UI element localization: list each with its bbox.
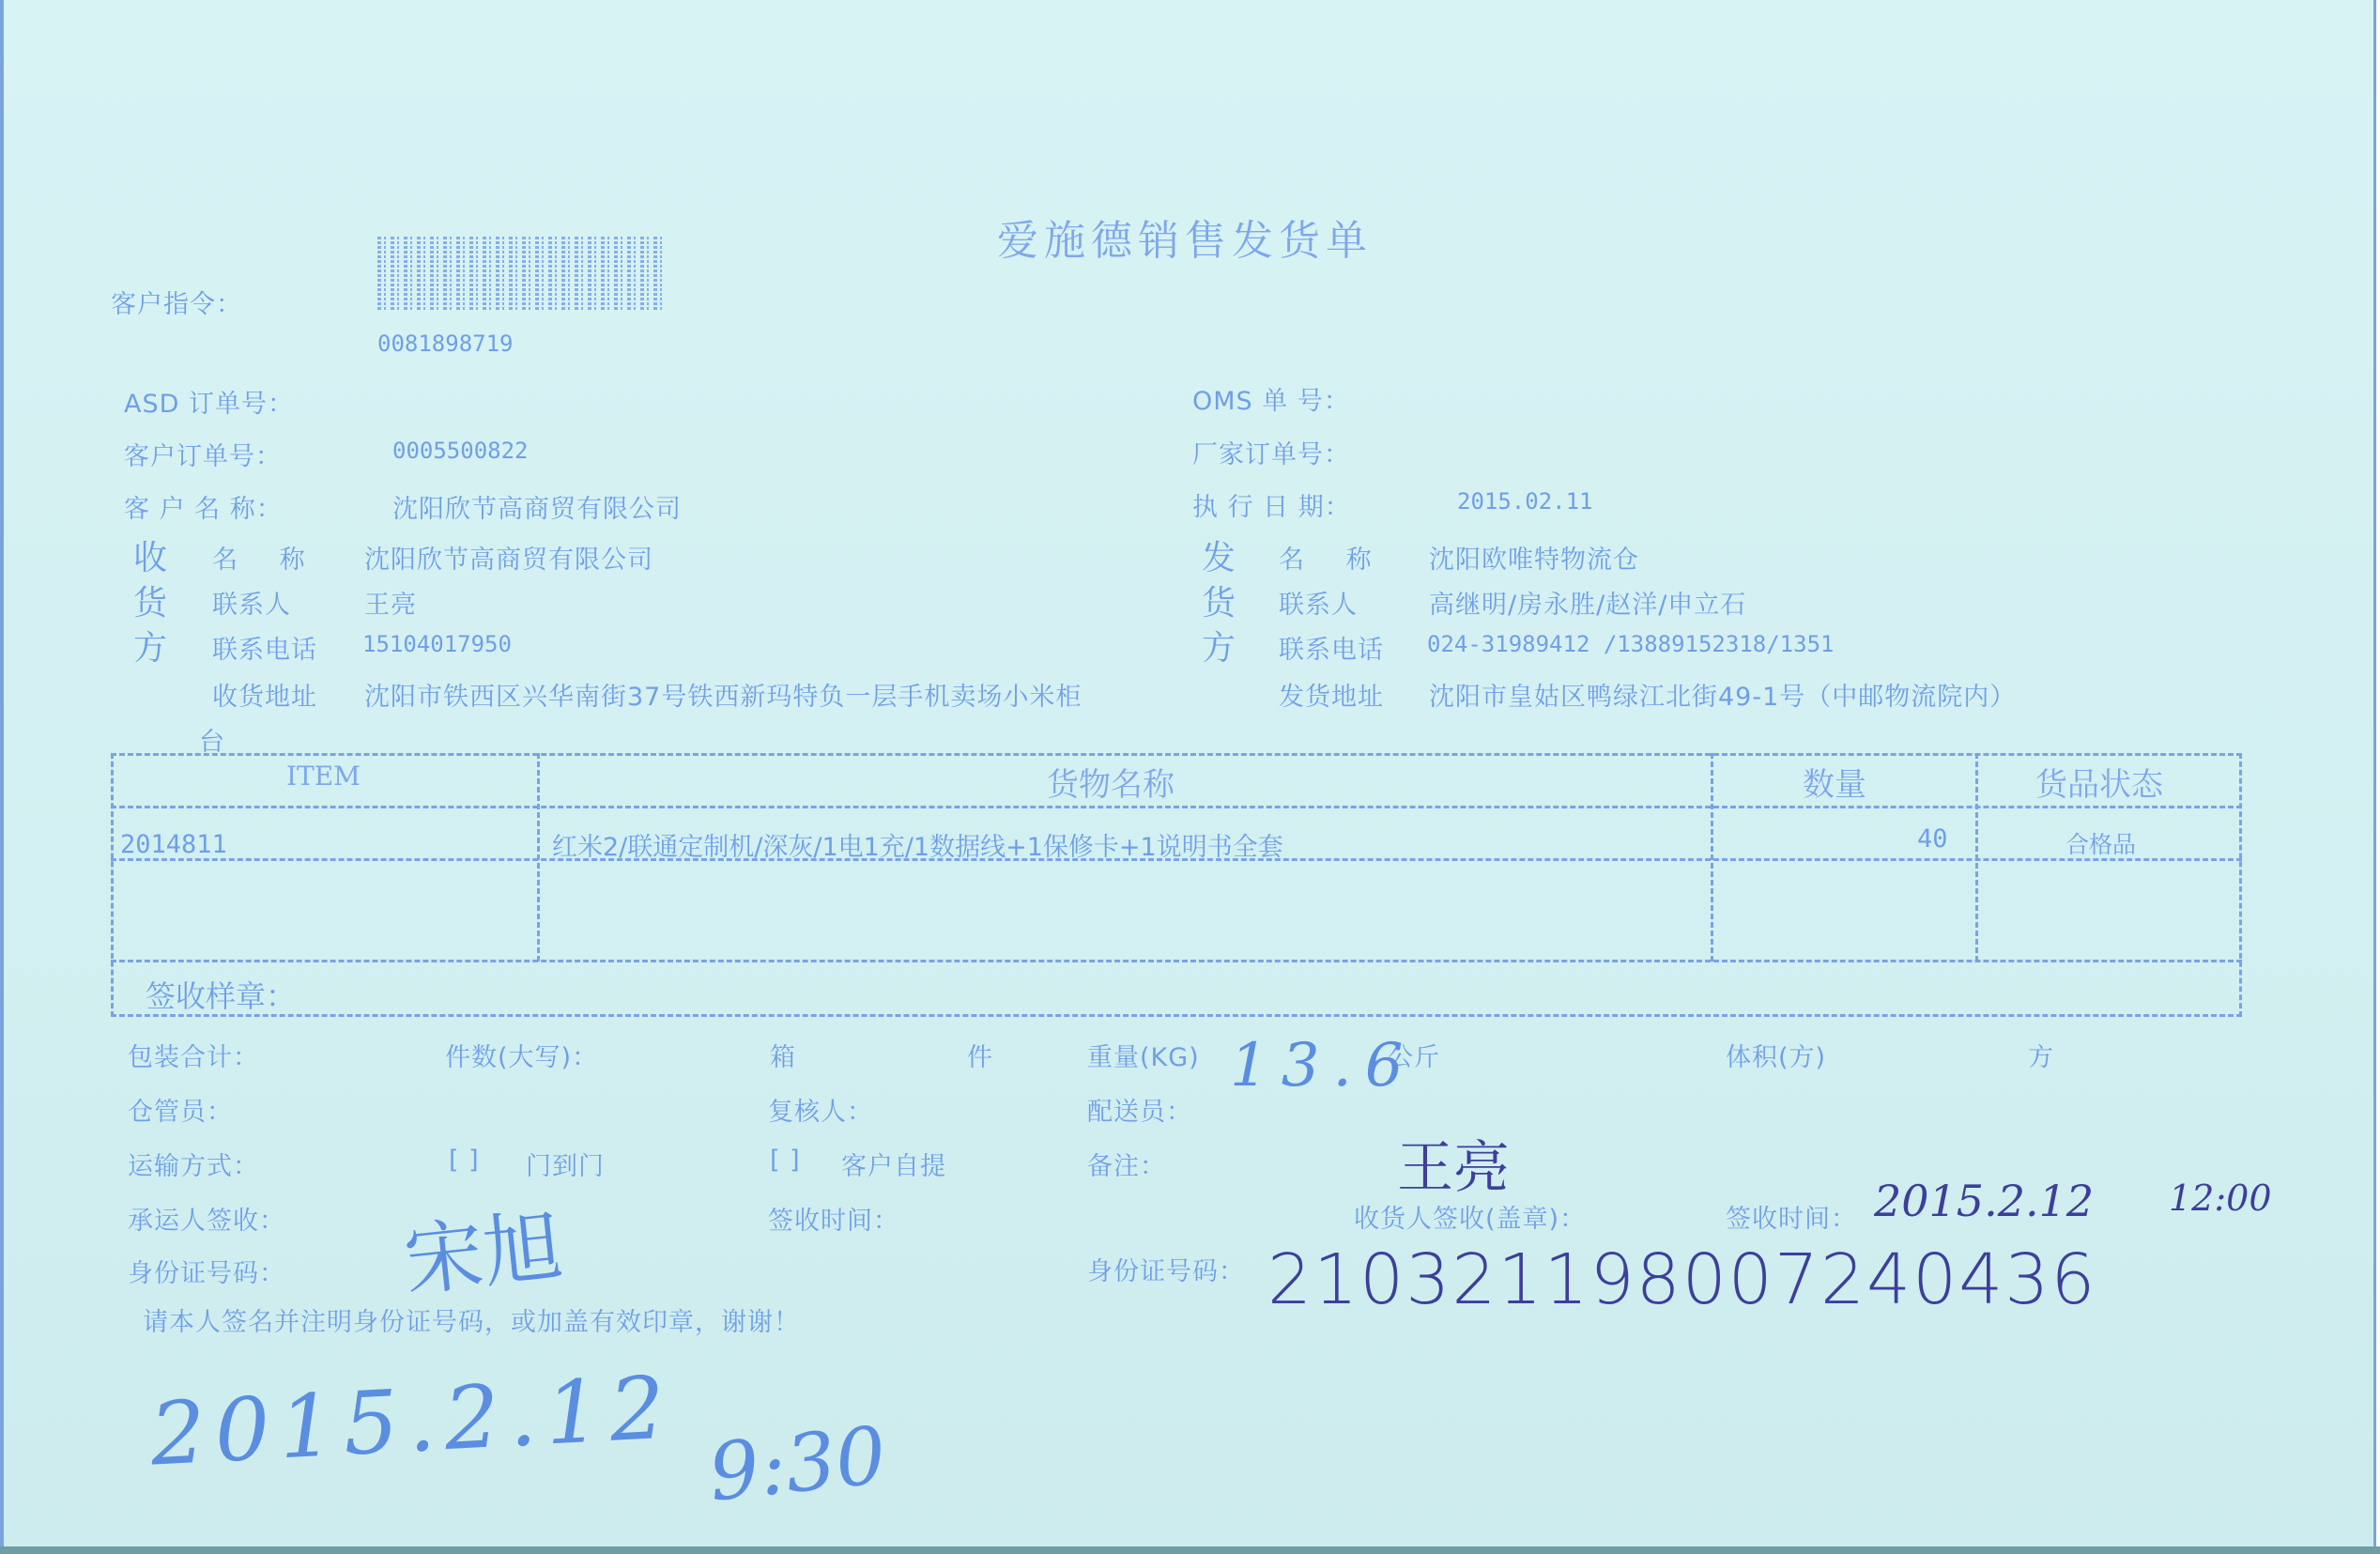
factory-order-label: 厂家订单号：	[1192, 434, 1350, 470]
carrier-id-label: 身份证号码：	[128, 1253, 285, 1289]
row-status: 合格品	[2065, 826, 2136, 860]
table-col-divider-1	[537, 753, 540, 962]
box-label: 箱	[770, 1037, 796, 1073]
sender-contact-value: 高继明/房永胜/赵洋/申立石	[1429, 584, 1746, 621]
handwritten-weight: 13.6	[1230, 1031, 1417, 1100]
customer-order-label: 客户订单号：	[124, 436, 282, 472]
exec-date-label: 执 行 日 期：	[1192, 486, 1351, 523]
receiver-phone-value: 15104017950	[362, 631, 512, 657]
row-item-code: 2014811	[120, 830, 227, 859]
sender-address-label: 发货地址	[1279, 676, 1384, 713]
weight-label: 重量(KG)	[1087, 1037, 1200, 1073]
receiver-address-label: 收货地址	[212, 676, 317, 713]
row-quantity: 40	[1917, 824, 1948, 854]
table-header-goods-name: 货物名称	[1047, 759, 1175, 805]
sender-address-value: 沈阳市皇姑区鸭绿江北街49-1号（中邮物流院内）	[1429, 676, 2016, 713]
table-body-bottom-border	[111, 960, 2242, 962]
receiver-address-line1: 沈阳市铁西区兴华南街37号铁西新玛特负一层手机卖场小米柜	[364, 676, 1082, 713]
receiver-name-label: 名 称	[212, 539, 322, 576]
self-pickup-label: 客户自提	[841, 1146, 946, 1182]
volume-label: 体积(方)	[1726, 1037, 1826, 1073]
transport-method-label: 运输方式：	[128, 1146, 259, 1182]
exec-date-value: 2015.02.11	[1457, 488, 1593, 515]
carrier-sign-label: 承运人签收：	[128, 1200, 285, 1237]
sender-name-value: 沈阳欧唯特物流仓	[1429, 539, 1639, 576]
table-left-border	[111, 753, 114, 1017]
door-to-door-label: 门到门	[526, 1146, 605, 1182]
handwritten-bottom-time: 9:30	[704, 1408, 890, 1518]
checker-label: 复核人：	[768, 1091, 873, 1128]
handwritten-receiver-id: 210321198007240436	[1267, 1239, 2096, 1320]
sender-name-label: 名 称	[1279, 539, 1389, 576]
handwritten-receiver-sign-clock: 12:00	[2169, 1177, 2272, 1219]
receiver-contact-value: 王亮	[364, 584, 417, 621]
sender-phone-label: 联系电话	[1279, 629, 1384, 666]
customer-instruction-label: 客户指令：	[111, 284, 242, 320]
barcode-number: 0081898719	[377, 331, 514, 357]
customer-order-value: 0005500822	[392, 438, 529, 464]
handwritten-receiver-sign-time: 2015.2.12	[1874, 1176, 2094, 1226]
remark-label: 备注：	[1087, 1146, 1166, 1182]
paper-right-edge	[2373, 0, 2380, 1554]
receiver-name-value: 沈阳欣节高商贸有限公司	[364, 539, 653, 576]
receiver-side-char-1: 收	[133, 531, 168, 579]
door-to-door-checkbox[interactable]: [ ]	[449, 1146, 480, 1175]
package-total-label: 包装合计：	[128, 1037, 259, 1073]
oms-order-label: OMS 单 号：	[1192, 380, 1350, 417]
delivery-person-label: 配送员：	[1087, 1091, 1192, 1128]
receiver-side-char-3: 方	[133, 622, 168, 669]
carrier-sign-time-label: 签收时间：	[768, 1200, 899, 1237]
table-col-divider-2	[1711, 753, 1713, 962]
paper-bottom-edge	[0, 1546, 2380, 1554]
handwritten-carrier-signature: 宋旭	[398, 1183, 567, 1313]
piece-label: 件	[967, 1037, 993, 1073]
sender-contact-label: 联系人	[1279, 584, 1358, 621]
document-title: 爱施德销售发货单	[997, 207, 1373, 267]
table-header-border	[111, 806, 2242, 808]
table-bottom-border	[111, 1014, 2242, 1017]
paper-left-edge	[0, 0, 4, 1554]
receiver-contact-label: 联系人	[212, 584, 291, 621]
barcode-icon	[377, 237, 664, 310]
sender-phone-value: 024-31989412 /13889152318/1351	[1427, 631, 1834, 657]
asd-order-label: ASD 订单号：	[124, 383, 294, 420]
sender-side-char-2: 货	[1202, 577, 1236, 624]
sender-side-char-3: 方	[1202, 622, 1236, 669]
self-pickup-checkbox[interactable]: [ ]	[770, 1146, 801, 1175]
table-header-quantity: 数量	[1803, 759, 1866, 805]
handwritten-receiver-name: 王亮	[1397, 1123, 1510, 1204]
receiver-id-label: 身份证号码：	[1087, 1251, 1245, 1287]
receiver-phone-label: 联系电话	[212, 629, 317, 666]
sender-side-char-1: 发	[1202, 531, 1236, 579]
table-col-divider-3	[1975, 753, 1978, 962]
signature-stamp-label: 签收样章：	[146, 973, 296, 1016]
table-right-border	[2239, 753, 2242, 1017]
signature-notice: 请本人签名并注明身份证号码，或加盖有效印章，谢谢！	[143, 1301, 800, 1338]
table-top-border	[111, 753, 2242, 756]
volume-unit: 方	[2028, 1037, 2054, 1073]
table-header-status: 货品状态	[2035, 759, 2163, 805]
row-goods-name: 红米2/联通定制机/深灰/1电1充/1数据线+1保修卡+1说明书全套	[552, 826, 1283, 863]
receiver-side-char-2: 货	[133, 577, 168, 624]
receiver-sign-time-label: 签收时间：	[1726, 1198, 1857, 1235]
pieces-label: 件数(大写)：	[445, 1037, 598, 1073]
table-header-item: ITEM	[286, 761, 361, 792]
warehouse-keeper-label: 仓管员：	[128, 1091, 233, 1128]
customer-name-label: 客 户 名 称：	[124, 488, 283, 525]
customer-name-value: 沈阳欣节高商贸有限公司	[392, 488, 682, 525]
